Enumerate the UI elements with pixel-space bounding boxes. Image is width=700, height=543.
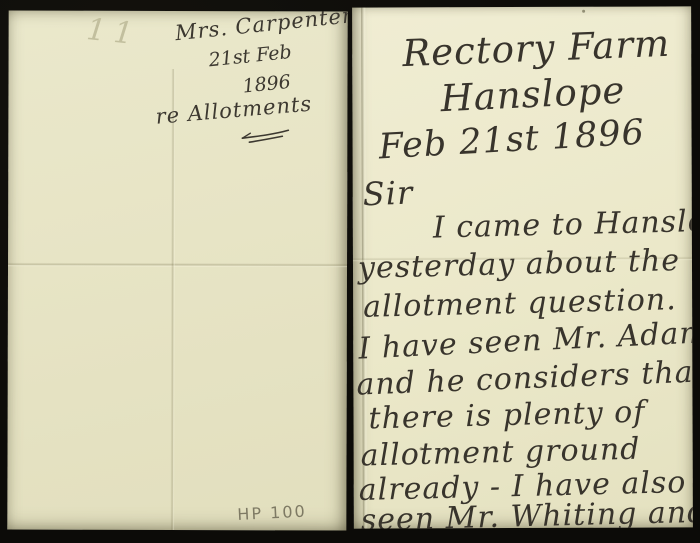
letter-body-line: I came to Hanslope: [432, 203, 692, 246]
annotation-date-day: 21st Feb: [208, 41, 293, 71]
letterhead-date: Feb 21st 1896: [378, 113, 646, 168]
salutation: Sir: [362, 174, 414, 214]
annotation-addressee: Mrs. Carpenter: [174, 11, 348, 46]
letter-photograph: 11 Mrs. Carpenter 21st Feb 1896 re Allot…: [0, 0, 700, 543]
letterhead-place: Hanslope: [439, 69, 626, 121]
archive-reference-code: HP 100: [237, 502, 307, 524]
letter-body-line: there is plenty of: [368, 395, 646, 437]
letter-back-page: 11 Mrs. Carpenter 21st Feb 1896 re Allot…: [7, 11, 347, 531]
pencil-mark: 11: [85, 12, 143, 53]
letter-body-line: yesterday about the: [358, 243, 681, 286]
flourish-underline-icon: [236, 128, 292, 144]
annotation-subject: re Allotments: [155, 92, 313, 129]
fold-crease-vertical: [170, 69, 175, 530]
letterhead-farm-name: Rectory Farm: [402, 22, 671, 75]
fold-crease-horizontal: [8, 263, 347, 268]
letter-front-page: Rectory Farm Hanslope Feb 21st 1896 Sir …: [352, 6, 693, 528]
paper-speck: [582, 10, 585, 13]
